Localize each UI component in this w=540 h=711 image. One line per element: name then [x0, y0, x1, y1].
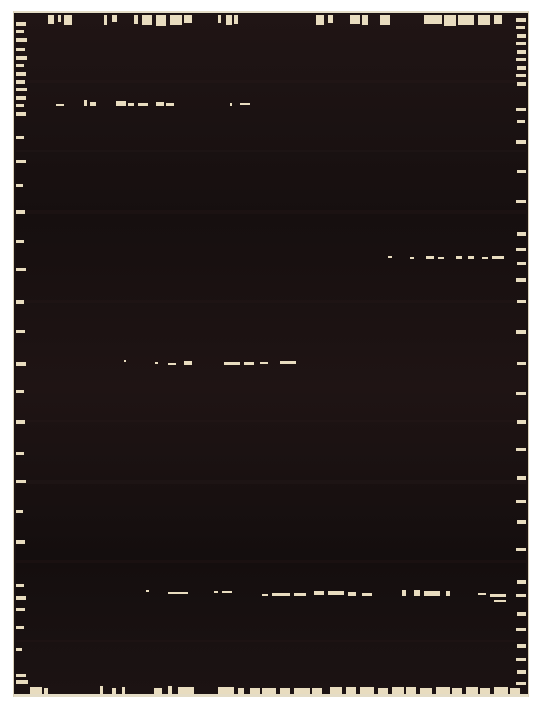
rug-pattern — [0, 0, 540, 711]
